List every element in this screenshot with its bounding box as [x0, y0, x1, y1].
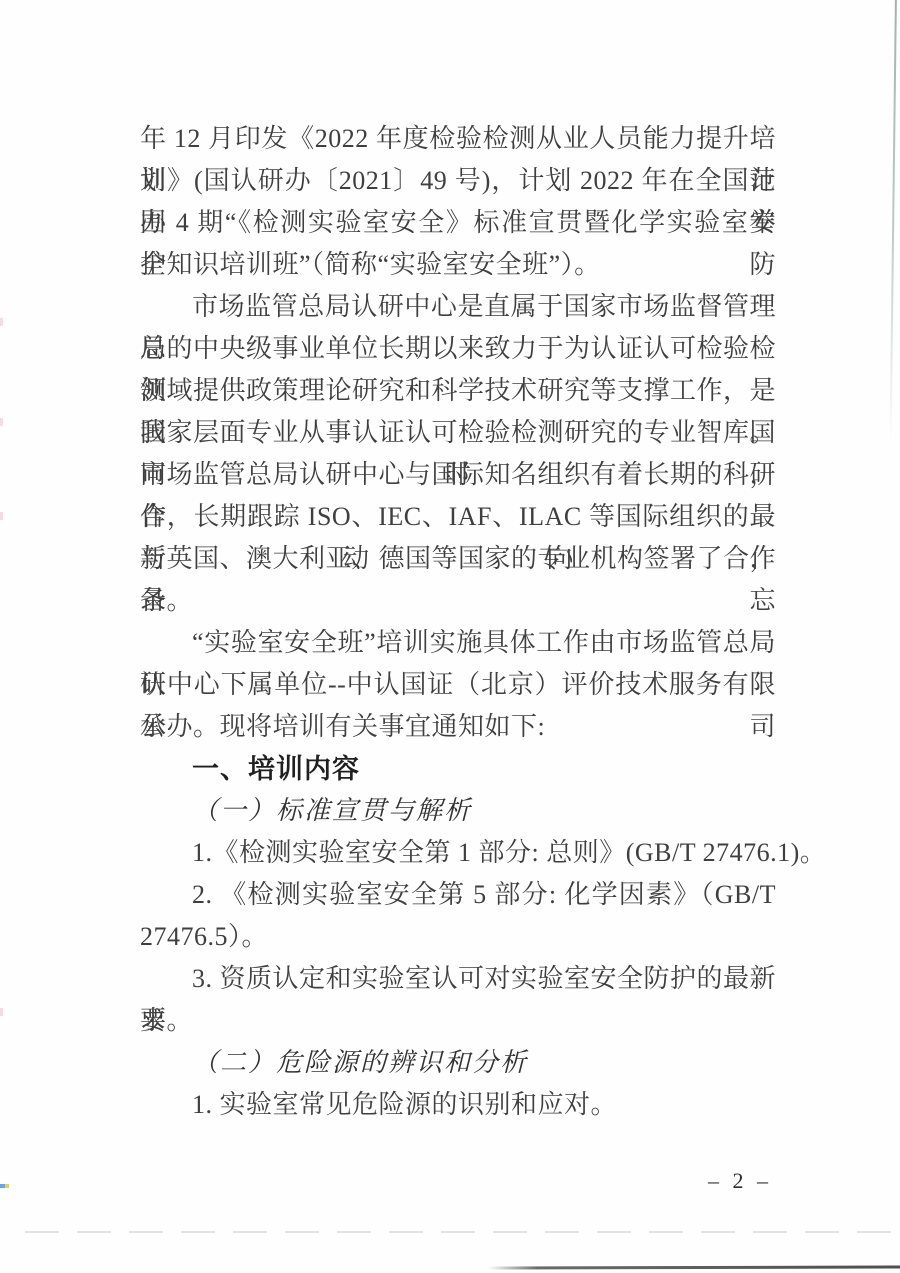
- body-text-line: 国家层面专业从事认证认可检验检测研究的专业智库。同时，: [140, 412, 776, 454]
- body-text-line: 划》(国认研办〔2021〕49 号)，计划 2022 年在全国范围举: [140, 160, 776, 202]
- scan-artifact-mark: [0, 1008, 3, 1016]
- body-text-line: 办 4 期“《检测实验室安全》标准宣贯暨化学实验室安全防: [140, 202, 776, 244]
- scanned-document-screenshot: { "doc": { "lines": [ "年 12 月印发《2022 年度检…: [0, 0, 900, 1273]
- page-number: – 2 –: [700, 1168, 780, 1194]
- body-text-line: 作，长期跟踪 ISO、IEC、IAF、ILAC 等国际组织的最新动向，: [140, 496, 776, 538]
- scan-artifact-mark: [0, 512, 3, 520]
- body-text-line: 与英国、澳大利亚、德国等国家的专业机构签署了合作备忘: [140, 538, 776, 580]
- body-text-line: 研中心下属单位--中认国证（北京）评价技术服务有限公司: [140, 664, 776, 706]
- document-body: 年 12 月印发《2022 年度检验检测从业人员能力提升培训计 划》(国认研办〔…: [140, 118, 776, 1126]
- scan-edge-line: [890, 0, 897, 442]
- body-text-line: 领域提供政策理论研究和科学技术研究等支撑工作，是我国: [140, 370, 776, 412]
- scan-artifact-line: [25, 1231, 893, 1233]
- body-text-line: 2. 《检测实验室安全第 5 部分: 化学因素》（GB/T: [140, 874, 776, 916]
- subheading-hazard-identification: （二）危险源的辨识和分析: [140, 1042, 776, 1084]
- scan-artifact-mark: [0, 318, 3, 326]
- heading-training-content: 一、培训内容: [140, 748, 776, 790]
- body-text-line: “实验室安全班”培训实施具体工作由市场监管总局认: [140, 622, 776, 664]
- body-text-line: 求。: [140, 1000, 776, 1042]
- body-text-line: 3. 资质认定和实验室认可对实验室安全防护的最新要: [140, 958, 776, 1000]
- body-text-line: 1.《检测实验室安全第 1 部分: 总则》(GB/T 27476.1)。: [140, 832, 776, 874]
- document-page: 年 12 月印发《2022 年度检验检测从业人员能力提升培训计 划》(国认研办〔…: [0, 0, 900, 1273]
- body-text-line: 局的中央级事业单位长期以来致力于为认证认可检验检测: [140, 328, 776, 370]
- scan-artifact-mark: [0, 418, 3, 426]
- body-text-line: 27476.5）。: [140, 916, 776, 958]
- scan-artifact-line: [488, 1265, 900, 1269]
- subheading-standard-interpretation: （一）标准宣贯与解析: [140, 790, 776, 832]
- body-text-line: 市场监管总局认研中心是直属于国家市场监督管理总: [140, 286, 776, 328]
- body-text-line: 市场监管总局认研中心与国际知名组织有着长期的科研合: [140, 454, 776, 496]
- body-text-line: 年 12 月印发《2022 年度检验检测从业人员能力提升培训计: [140, 118, 776, 160]
- scan-artifact-speck: [0, 1184, 9, 1188]
- body-text-line: 1. 实验室常见危险源的识别和应对。: [140, 1084, 776, 1126]
